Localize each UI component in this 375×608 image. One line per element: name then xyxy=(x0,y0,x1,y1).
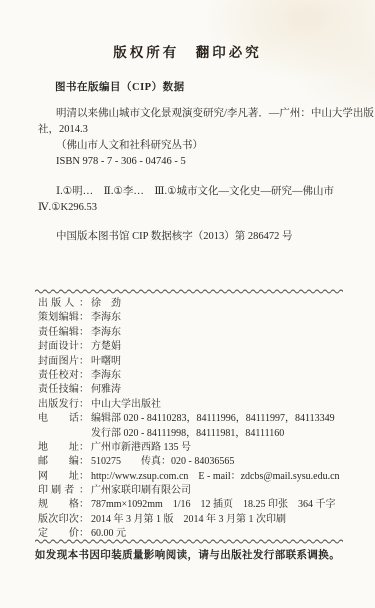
colophon-row: 网 址：http://www.zsup.com.cn E - mail：zdcb… xyxy=(38,470,370,484)
colophon-colon: ： xyxy=(79,412,89,426)
colophon-value: 方楚娟 xyxy=(89,340,121,354)
colophon-value: 李海东 xyxy=(89,369,121,383)
cip-classification-line-1: Ⅰ.①明… Ⅱ.①李… Ⅲ.①城市文化—文化史—研究—佛山市 xyxy=(38,184,347,200)
colophon-row: 版次印次：2014 年 3 月第 1 版 2014 年 3 月第 1 次印刷 xyxy=(38,513,370,527)
colophon-value: 何雅涛 xyxy=(89,383,121,397)
colophon-value: 叶曙明 xyxy=(89,355,121,369)
colophon-colon: ： xyxy=(79,355,89,369)
colophon-row: 规 格：787mm×1092mm 1/16 12 插页 18.25 印张 364… xyxy=(38,498,370,512)
colophon-value: 510275 传真：020 - 84036565 xyxy=(89,455,234,469)
colophon-label: 封面设计 xyxy=(38,340,79,354)
colophon-value: 李海东 xyxy=(89,326,121,340)
colophon-label: 邮 编 xyxy=(38,455,79,469)
cip-block: 明清以来佛山城市文化景观演变研究/李凡著．—广州：中山大学出版 社，2014.3… xyxy=(38,106,347,245)
colophon-value: 徐 劲 xyxy=(89,297,121,311)
colophon-colon: ： xyxy=(79,398,89,412)
colophon-row: 印 刷 者：广州家联印刷有限公司 xyxy=(38,484,370,498)
colophon-colon: ： xyxy=(79,369,89,383)
colophon-label: 电 话 xyxy=(38,412,79,426)
colophon-value: 发行部 020 - 84111998，84111981，84111160 xyxy=(89,427,284,441)
colophon-colon: ： xyxy=(79,470,89,484)
colophon-colon: ： xyxy=(79,513,89,527)
cip-entry-line-2: 社，2014.3 xyxy=(38,122,347,138)
colophon-label: 封面图片 xyxy=(38,355,79,369)
colophon-row: 封面设计：方楚娟 xyxy=(38,340,370,354)
colophon-row: 地 址：广州市新港西路 135 号 xyxy=(38,441,370,455)
quality-exchange-notice: 如发现本书因印装质量影响阅读，请与出版社发行部联系调换。 xyxy=(0,547,375,562)
colophon-colon: ： xyxy=(79,326,89,340)
colophon-list: 出 版 人：徐 劲策划编辑：李海东责任编辑：李海东封面设计：方楚娟封面图片：叶曙… xyxy=(38,297,370,542)
colophon-row: 责任技编：何雅涛 xyxy=(38,383,370,397)
wavy-divider-top xyxy=(35,287,343,294)
colophon-label: 责任校对 xyxy=(38,369,79,383)
colophon-colon: ： xyxy=(79,383,89,397)
colophon-value: 中山大学出版社 xyxy=(89,398,161,412)
cip-classification-line-2: Ⅳ.①K296.53 xyxy=(38,200,347,216)
colophon-value: 787mm×1092mm 1/16 12 插页 18.25 印张 364 千字 xyxy=(89,498,336,512)
colophon-colon: ： xyxy=(79,455,89,469)
cip-isbn: ISBN 978 - 7 - 306 - 04746 - 5 xyxy=(38,154,347,170)
colophon-colon: ： xyxy=(79,498,89,512)
colophon-colon: ： xyxy=(79,311,89,325)
colophon-row: 封面图片：叶曙明 xyxy=(38,355,370,369)
colophon-value: 广州市新港西路 135 号 xyxy=(89,441,191,455)
colophon-label: 责任编辑 xyxy=(38,326,79,340)
copyright-reserved-notice: 版权所有 翻印必究 xyxy=(0,41,375,61)
cip-series: （佛山市人文和社科研究丛书） xyxy=(38,138,347,154)
colophon-colon: ： xyxy=(79,441,89,455)
colophon-colon: ： xyxy=(79,297,89,311)
colophon-label: 地 址 xyxy=(38,441,79,455)
book-copyright-page: 版权所有 翻印必究 图书在版编目（CIP）数据 明清以来佛山城市文化景观演变研究… xyxy=(0,0,375,608)
colophon-value: 广州家联印刷有限公司 xyxy=(89,484,191,498)
colophon-value: 李海东 xyxy=(89,311,121,325)
cip-heading: 图书在版编目（CIP）数据 xyxy=(55,79,185,94)
colophon-value: http://www.zsup.com.cn E - mail：zdcbs@ma… xyxy=(89,470,340,484)
colophon-label: 印 刷 者 xyxy=(38,484,79,498)
colophon-row: 电 话：编辑部 020 - 84110283，84111996，84111997… xyxy=(38,412,370,426)
cip-entry-line-1: 明清以来佛山城市文化景观演变研究/李凡著．—广州：中山大学出版 xyxy=(38,106,347,122)
colophon-row: ：发行部 020 - 84111998，84111981，84111160 xyxy=(38,427,370,441)
colophon-row: 策划编辑：李海东 xyxy=(38,311,370,325)
colophon-label: 版次印次 xyxy=(38,513,79,527)
colophon-value: 2014 年 3 月第 1 版 2014 年 3 月第 1 次印刷 xyxy=(89,513,286,527)
colophon-label: 出 版 人 xyxy=(38,297,79,311)
colophon-row: 出版发行：中山大学出版社 xyxy=(38,398,370,412)
colophon-colon: ： xyxy=(79,340,89,354)
colophon-value: 编辑部 020 - 84110283，84111996，84111997，841… xyxy=(89,412,335,426)
colophon-label: 规 格 xyxy=(38,498,79,512)
colophon-label: 责任技编 xyxy=(38,383,79,397)
colophon-row: 出 版 人：徐 劲 xyxy=(38,297,370,311)
wavy-divider-bottom xyxy=(35,537,343,544)
cip-record-number: 中国版本图书馆 CIP 数据核字（2013）第 286472 号 xyxy=(38,229,347,245)
colophon-label: 出版发行 xyxy=(38,398,79,412)
colophon-colon: ： xyxy=(79,484,89,498)
colophon-row: 责任校对：李海东 xyxy=(38,369,370,383)
colophon-label: 网 址 xyxy=(38,470,79,484)
colophon-label: 策划编辑 xyxy=(38,311,79,325)
colophon-row: 责任编辑：李海东 xyxy=(38,326,370,340)
colophon-row: 邮 编：510275 传真：020 - 84036565 xyxy=(38,455,370,469)
